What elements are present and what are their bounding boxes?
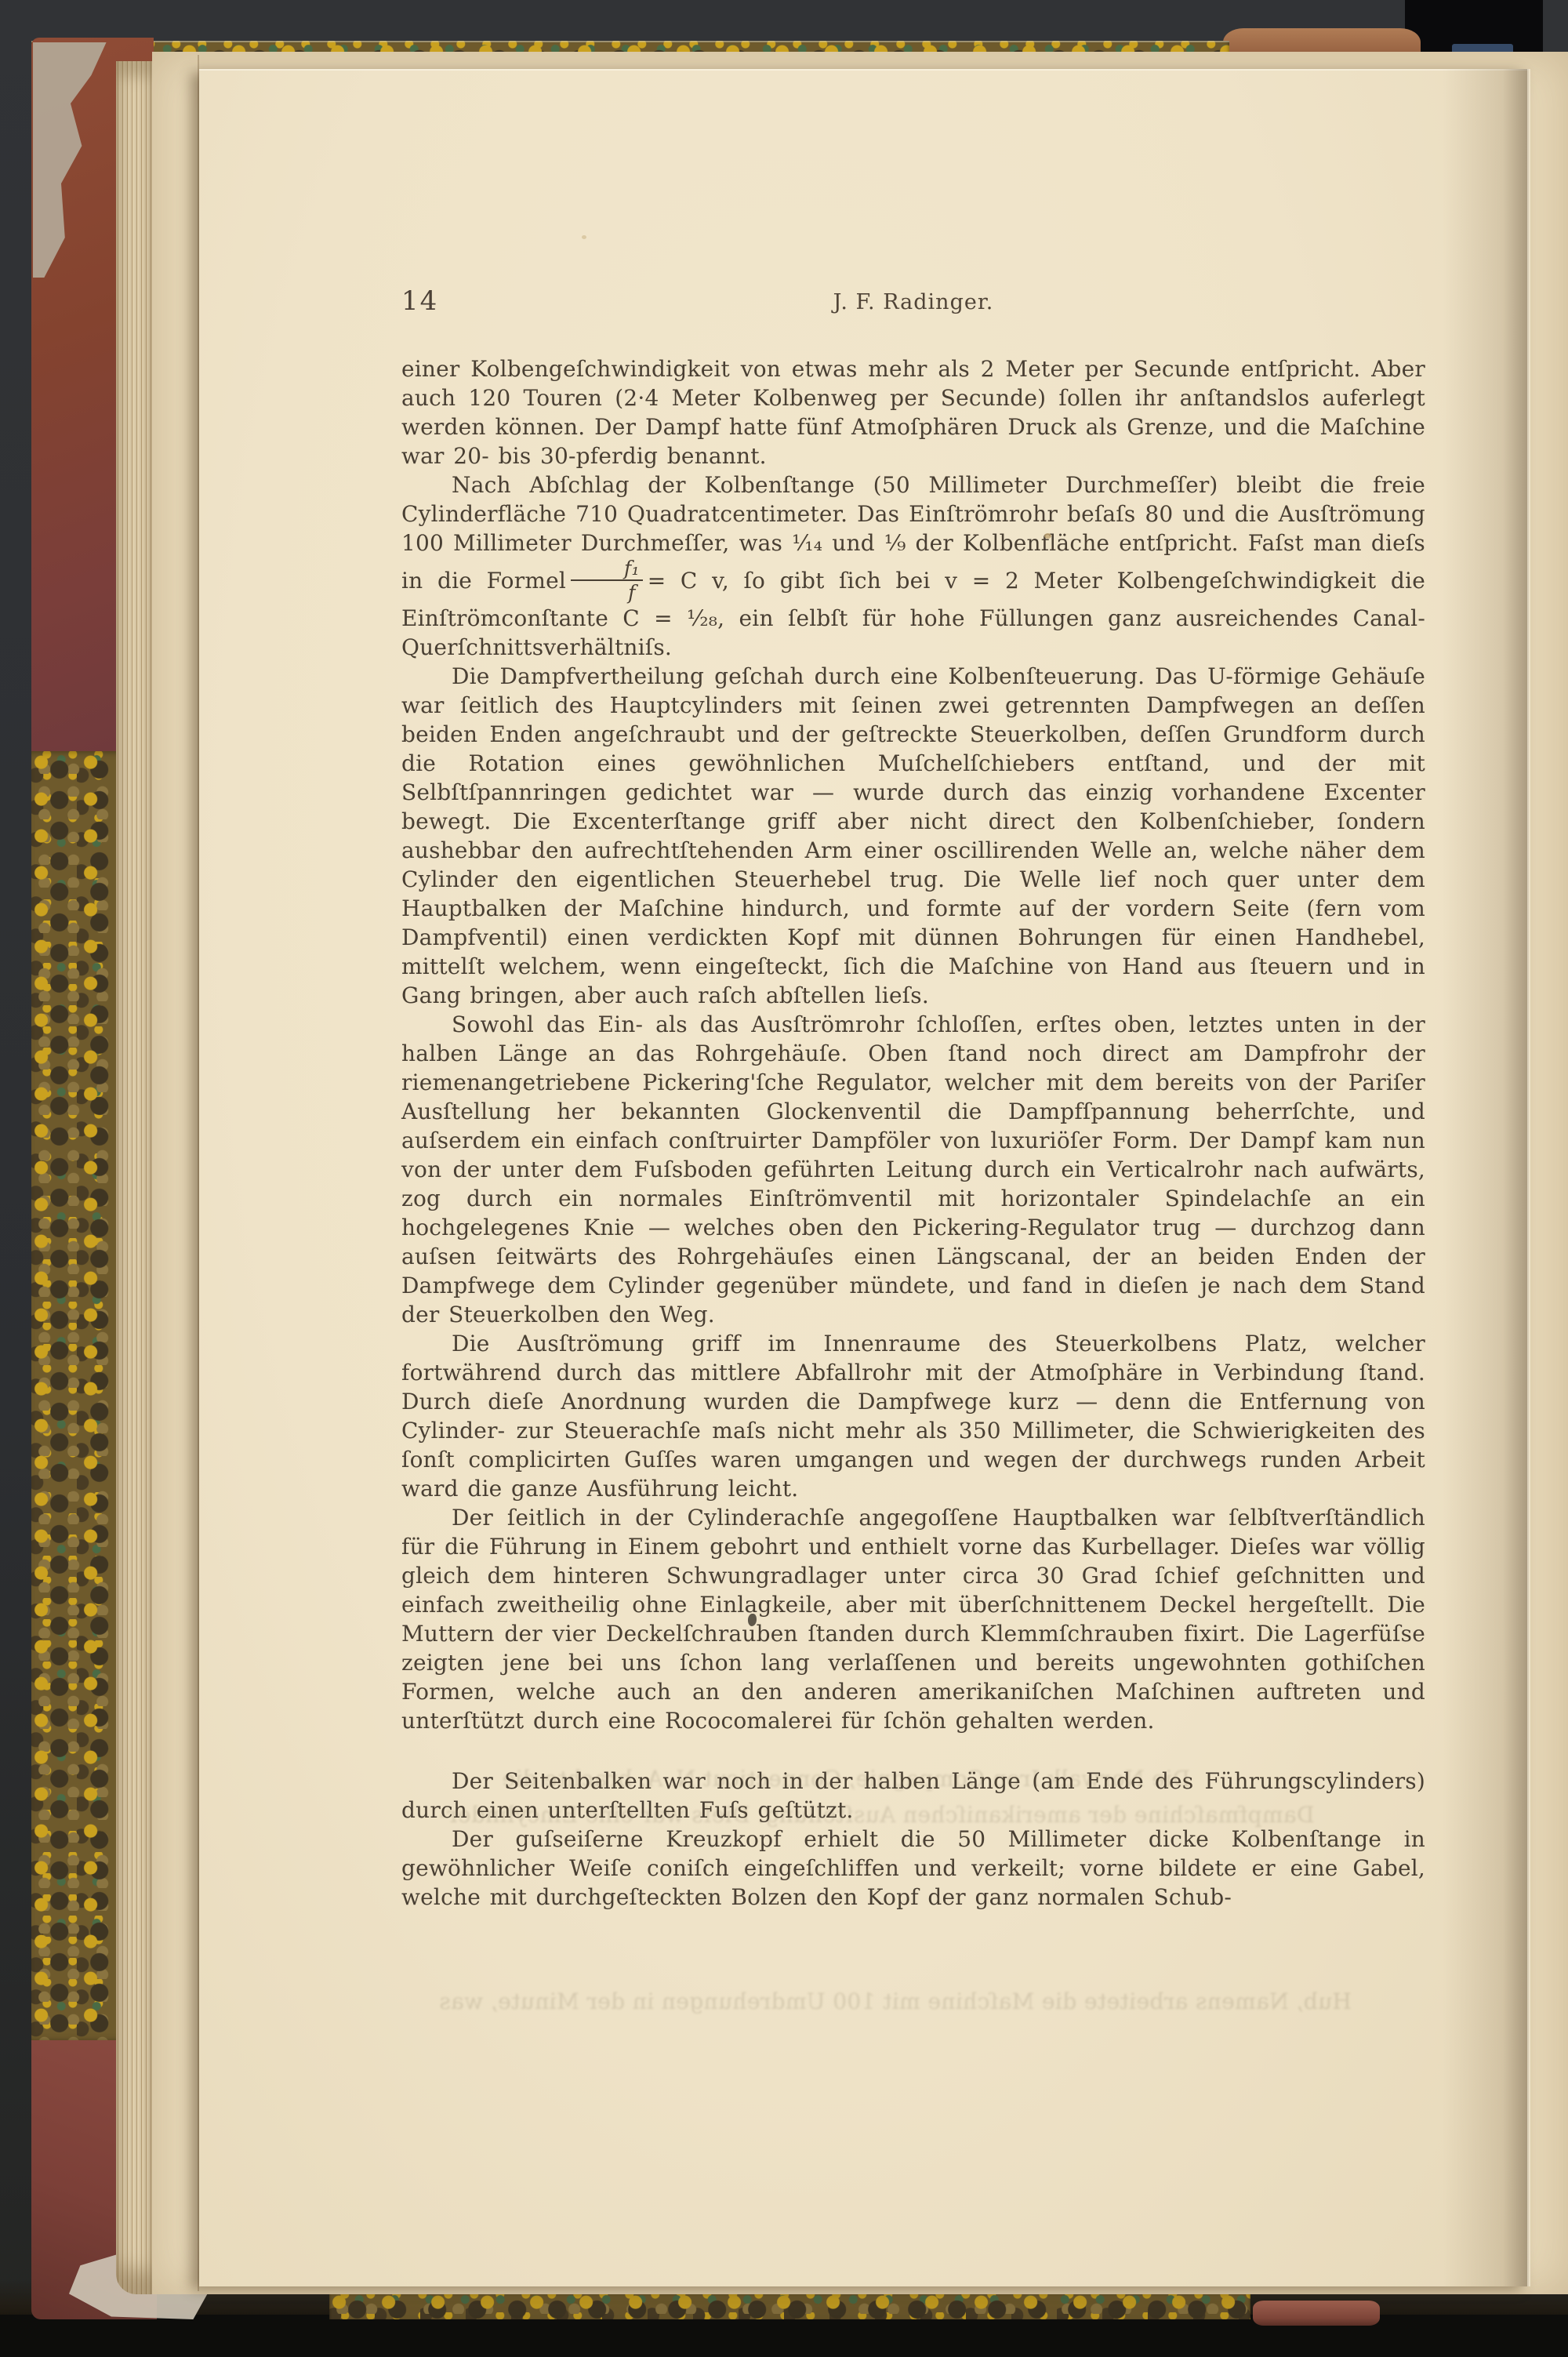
paragraph-8: Der guſseiſerne Kreuzkopf erhielt die 50… bbox=[401, 1825, 1425, 1912]
running-header: J. F. Radinger. bbox=[401, 290, 1425, 314]
fraction-denominator: f bbox=[571, 579, 643, 604]
gutter-fold-shadow bbox=[1443, 69, 1529, 2286]
cover-bottom-edge-marbled bbox=[329, 2291, 1250, 2319]
paragraph-3: Die Dampfvertheilung geſchah durch eine … bbox=[401, 662, 1425, 1010]
paragraph-1: einer Kolbengeſchwindigkeit von etwas me… bbox=[401, 354, 1425, 470]
paragraph-2: Nach Abſchlag der Kolbenſtange (50 Milli… bbox=[401, 470, 1425, 662]
page-body-text: einer Kolbengeſchwindigkeit von etwas me… bbox=[401, 354, 1425, 1912]
fraction-numerator: f₁ bbox=[571, 557, 643, 579]
paragraph-6: Der ſeitlich in der Cylinderachſe angego… bbox=[401, 1503, 1425, 1735]
paragraph-5: Die Ausſtrömung griff im Innenraume des … bbox=[401, 1329, 1425, 1503]
show-through-line: Die Norwalk Iron Compagnie, Connecticut … bbox=[502, 1766, 1190, 1792]
gutter-crease-highlight bbox=[1527, 69, 1530, 2286]
paper-speck bbox=[1044, 533, 1051, 539]
spine-tailcap-leather bbox=[1253, 2301, 1380, 2326]
book-scan-scene: 14 J. F. Radinger. einer Kolbengeſchwind… bbox=[0, 0, 1568, 2357]
paragraph-4: Sowohl das Ein- als das Ausſtrömrohr ſch… bbox=[401, 1010, 1425, 1329]
show-through-line: Dampfmaſchine der amerikaniſchen Ausſtel… bbox=[439, 1802, 1314, 1828]
show-through-line: Hub, Namens arbeitete die Maſchine mit 1… bbox=[439, 1988, 1352, 2014]
fraction-f1-over-f: f₁f bbox=[571, 557, 643, 604]
paper-speck bbox=[582, 235, 586, 239]
page-edge-stack bbox=[116, 61, 155, 2294]
